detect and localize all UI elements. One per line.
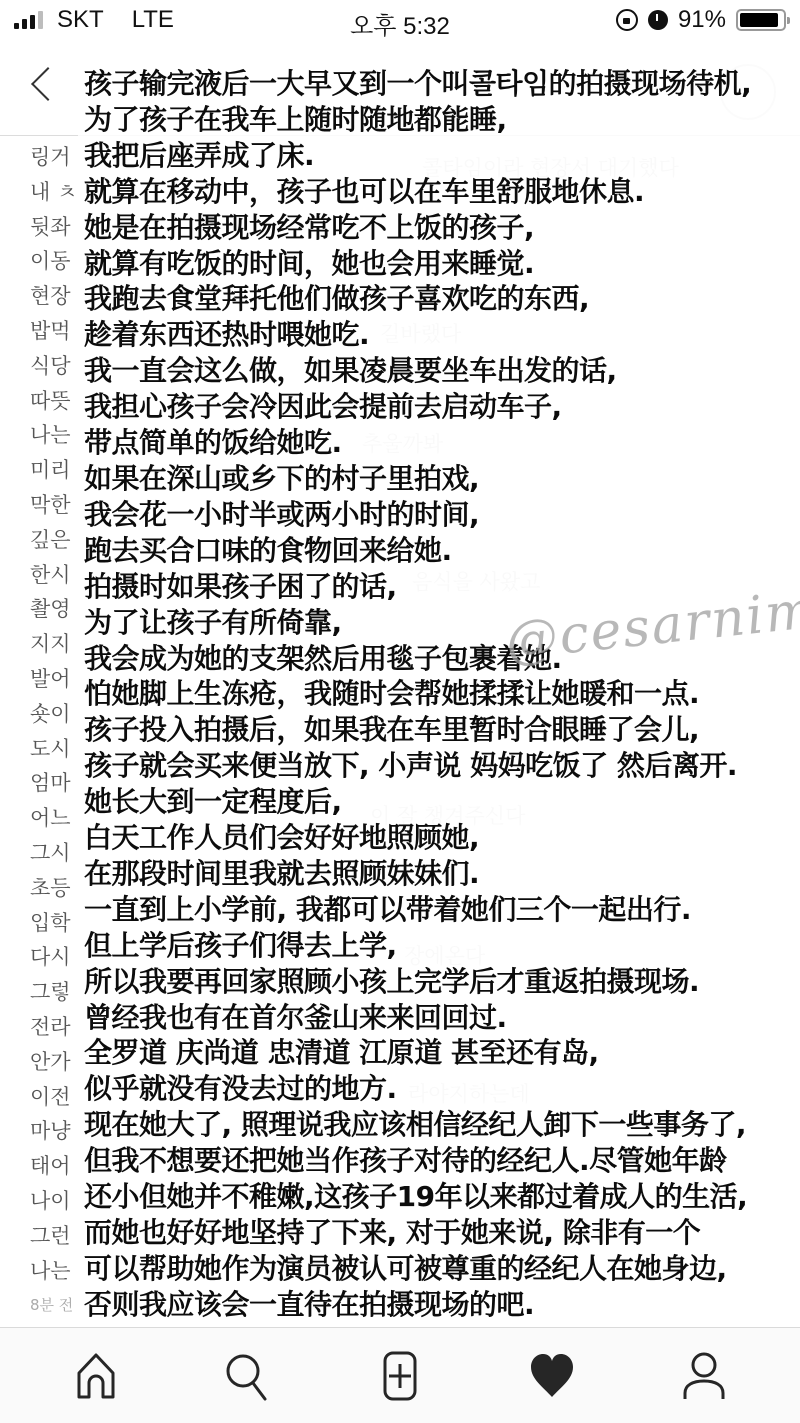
- translation-line: 就算在移动中，孩子也可以在车里舒服地休息.: [84, 174, 796, 210]
- nav-new-post[interactable]: [360, 1341, 440, 1411]
- heart-icon: [525, 1349, 579, 1403]
- search-icon: [221, 1349, 275, 1403]
- nav-profile[interactable]: [664, 1341, 744, 1411]
- rotation-lock-icon: [616, 9, 638, 31]
- battery-icon: [736, 9, 786, 31]
- translation-line: 孩子输完液后一大早又到一个叫콜타임的拍摄现场待机,: [84, 66, 796, 102]
- bottom-nav: [0, 1327, 800, 1423]
- nav-activity[interactable]: [512, 1341, 592, 1411]
- translation-line: 但上学后孩子们得去上学,: [84, 928, 796, 964]
- nav-search[interactable]: [208, 1341, 288, 1411]
- translation-line: 我跑去食堂拜托他们做孩子喜欢吃的东西,: [84, 281, 796, 317]
- plus-square-icon: [373, 1349, 427, 1403]
- translation-line: 为了孩子在我车上随时随地都能睡,: [84, 102, 796, 138]
- translation-line: 在那段时间里我就去照顾妹妹们.: [84, 856, 796, 892]
- translation-line: 我担心孩子会冷因此会提前去启动车子,: [84, 389, 796, 425]
- translation-line: 但我不想要还把她当作孩子对待的经纪人.尽管她年龄: [84, 1143, 796, 1179]
- translation-line: 趁着东西还热时喂她吃.: [84, 317, 796, 353]
- alarm-icon: [648, 10, 668, 30]
- user-icon: [677, 1349, 731, 1403]
- translation-line: 所以我要再回家照顾小孩上完学后才重返拍摄现场.: [84, 964, 796, 1000]
- translation-line: 我一直会这么做，如果凌晨要坐车出发的话,: [84, 353, 796, 389]
- translation-line: 白天工作人员们会好好地照顾她,: [84, 820, 796, 856]
- translation-line: 如果在深山或乡下的村子里拍戏,: [84, 461, 796, 497]
- status-right: 91%: [616, 6, 786, 34]
- translation-line: 否则我应该会一直待在拍摄现场的吧.: [84, 1287, 796, 1323]
- translation-line: 我会花一小时半或两小时的时间,: [84, 497, 796, 533]
- translation-line: 可以帮助她作为演员被认可被尊重的经纪人在她身边,: [84, 1251, 796, 1287]
- translation-line: 跑去买合口味的食物回来给她.: [84, 533, 796, 569]
- translation-line: 就算有吃饭的时间，她也会用来睡觉.: [84, 246, 796, 282]
- translation-line: 带点简单的饭给她吃.: [84, 425, 796, 461]
- back-button[interactable]: [24, 62, 60, 112]
- translation-line: 孩子就会买来便当放下, 小声说 妈妈吃饭了 然后离开.: [84, 748, 796, 784]
- status-bar: SKT LTE 오후 5:32 91%: [0, 0, 800, 44]
- translation-line: 怕她脚上生冻疮，我随时会帮她揉揉让她暖和一点.: [84, 676, 796, 712]
- translation-line: 还小但她并不稚嫩,这孩子19年以来都过着成人的生活,: [84, 1179, 796, 1215]
- translation-line: 现在她大了, 照理说我应该相信经纪人卸下一些事务了,: [84, 1107, 796, 1143]
- translation-line: 一直到上小学前, 我都可以带着她们三个一起出行.: [84, 892, 796, 928]
- translation-line: 她长大到一定程度后,: [84, 784, 796, 820]
- translation-text: 孩子输完液后一大早又到一个叫콜타임的拍摄现场待机,为了孩子在我车上随时随地都能睡…: [84, 66, 796, 1323]
- translation-line: 而她也好好地坚持了下来, 对于她来说, 除非有一个: [84, 1215, 796, 1251]
- translation-line: 她是在拍摄现场经常吃不上饭的孩子,: [84, 210, 796, 246]
- battery-percent: 91%: [678, 6, 726, 34]
- translation-line: 孩子投入拍摄后，如果我在车里暂时合眼睡了会儿,: [84, 712, 796, 748]
- translation-line: 似乎就没有没去过的地方.: [84, 1071, 796, 1107]
- translation-line: 全罗道 庆尚道 忠清道 江原道 甚至还有岛,: [84, 1035, 796, 1071]
- translation-line: 曾经我也有在首尔釜山来来回回过.: [84, 1000, 796, 1036]
- nav-home[interactable]: [56, 1341, 136, 1411]
- home-icon: [69, 1349, 123, 1403]
- translation-line: 我把后座弄成了床.: [84, 138, 796, 174]
